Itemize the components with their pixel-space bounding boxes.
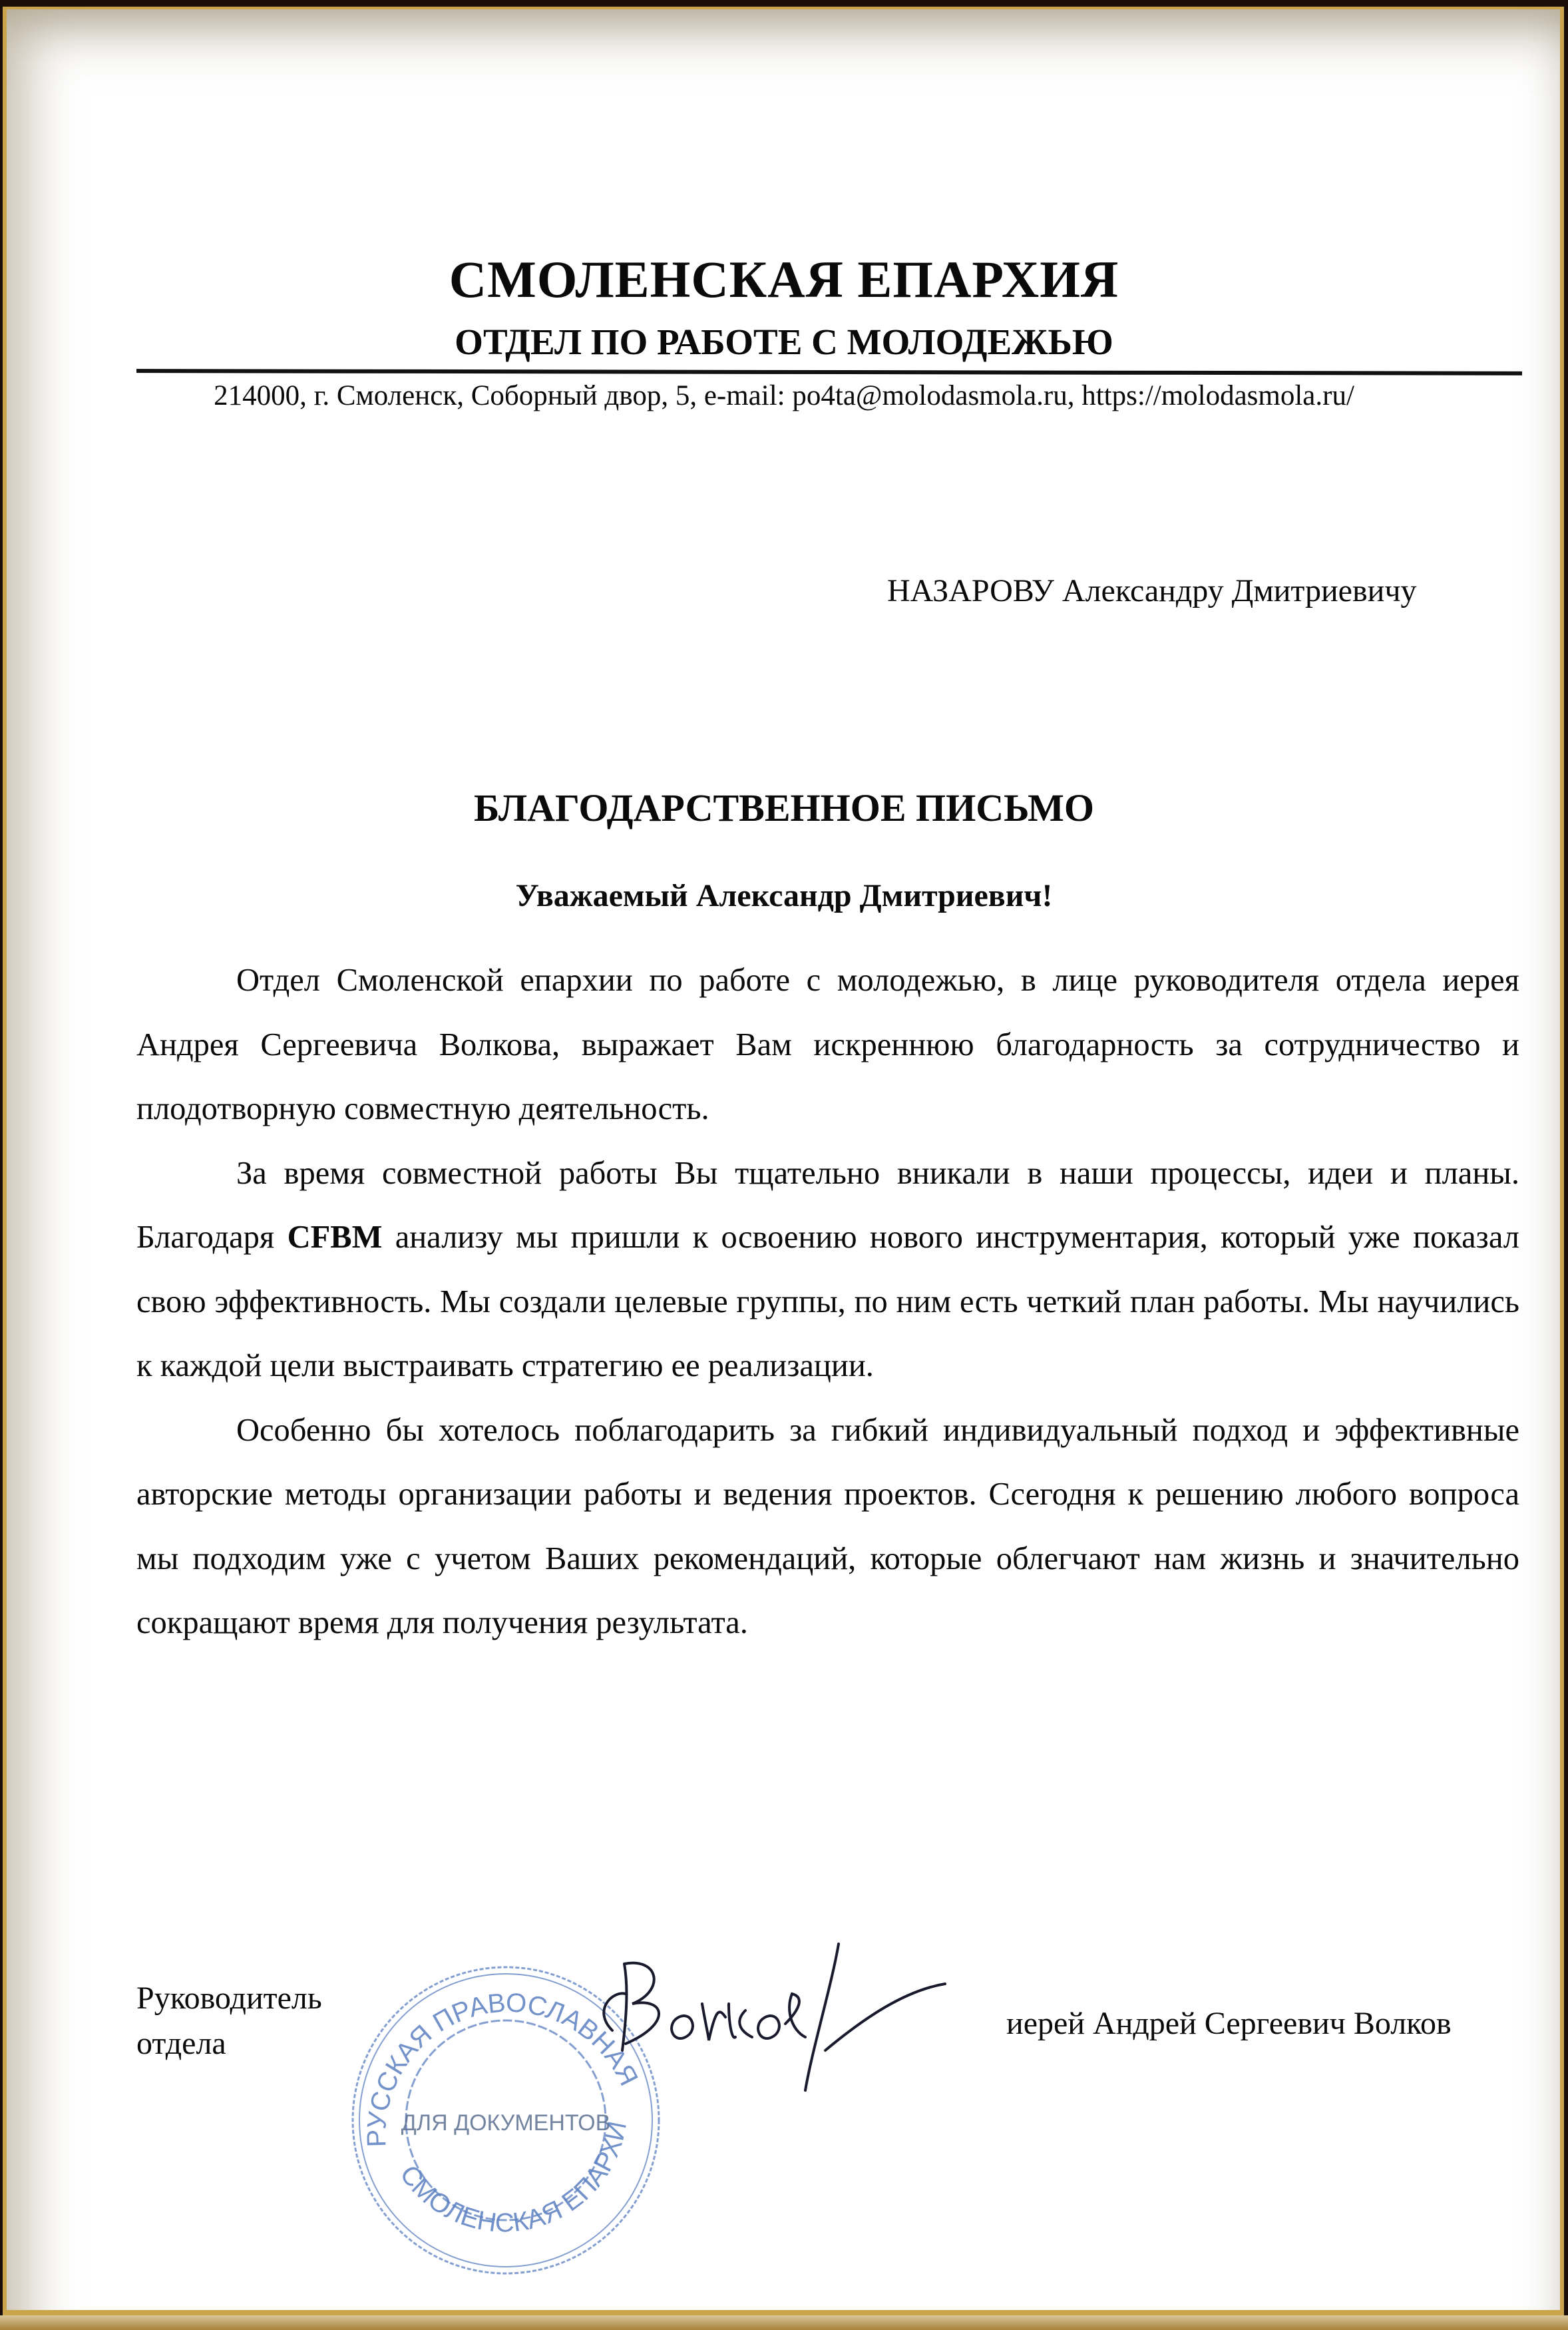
body-paragraph-1: Отдел Смоленской епархии по работе с мол…	[136, 949, 1519, 1142]
document-title: БЛАГОДАРСТВЕННОЕ ПИСЬМО	[0, 786, 1568, 830]
position-line-2: отдела	[136, 2021, 322, 2066]
cfbm-term: CFBM	[288, 1220, 383, 1255]
letterhead-address: 214000, г. Смоленск, Соборный двор, 5, e…	[0, 379, 1568, 412]
letter-body: Отдел Смоленской епархии по работе с мол…	[136, 949, 1519, 1656]
body-paragraph-3: Особенно бы хотелось поблагодарить за ги…	[136, 1399, 1519, 1656]
department-title: ОТДЕЛ ПО РАБОТЕ С МОЛОДЕЖЬЮ	[0, 321, 1568, 363]
stamp-center: ДЛЯ ДОКУМЕНТОВ	[401, 2110, 611, 2136]
position-line-1: Руководитель	[136, 1976, 322, 2021]
signatory-name: иерей Андрей Сергеевич Волков	[1006, 2005, 1452, 2042]
frame-bottom-edge	[0, 2315, 1568, 2330]
handwritten-signature-icon	[586, 1931, 958, 2130]
addressee: НАЗАРОВУ Александру Дмитриевичу	[887, 573, 1416, 609]
salutation: Уважаемый Александр Дмитриевич!	[0, 877, 1568, 914]
signer-position: Руководитель отдела	[136, 1976, 322, 2066]
body-paragraph-2: За время совместной работы Вы тщательно …	[136, 1142, 1519, 1399]
organization-title: СМОЛЕНСКАЯ ЕПАРХИЯ	[0, 250, 1568, 310]
